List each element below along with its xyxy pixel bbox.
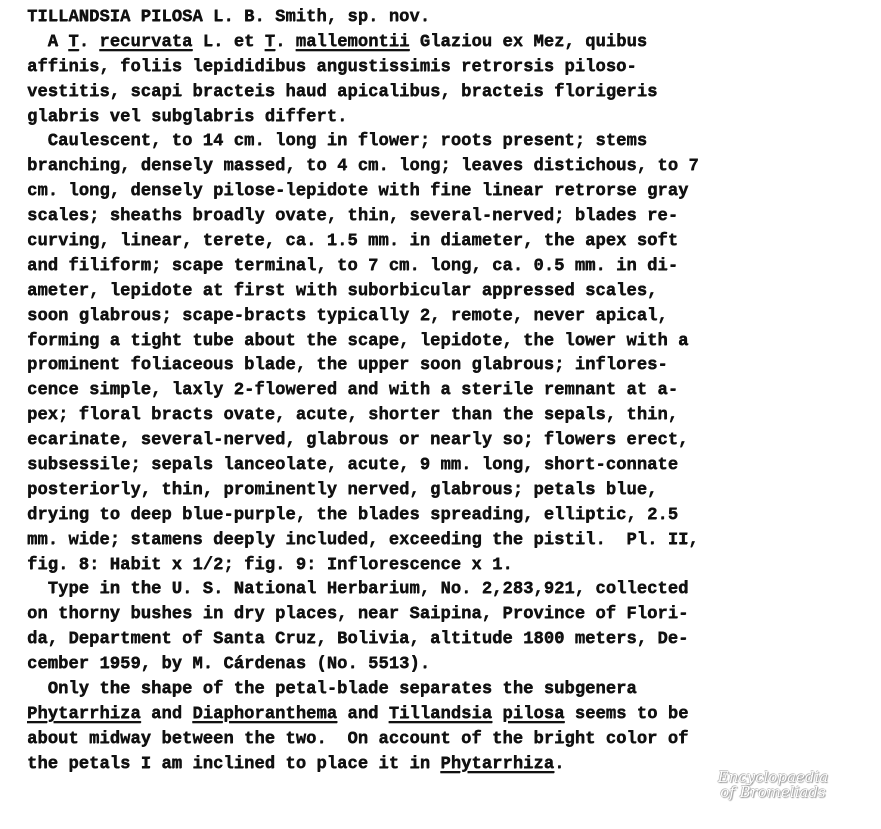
- text-segment: soon glabrous; scape-bracts typically 2,…: [27, 307, 668, 326]
- text-segment: fig. 8: Habit x 1/2; fig. 9: Inflorescen…: [27, 556, 513, 575]
- text-line: ameter, lepidote at first with suborbicu…: [27, 280, 867, 305]
- text-line: da, Department of Santa Cruz, Bolivia, a…: [27, 628, 867, 653]
- text-line: pex; floral bracts ovate, acute, shorter…: [27, 404, 867, 429]
- text-segment: subsessile; sepals lanceolate, acute, 9 …: [27, 456, 678, 475]
- underlined-taxon: T: [68, 33, 78, 52]
- text-line: cember 1959, by M. Cárdenas (No. 5513).: [27, 653, 867, 678]
- text-segment: curving, linear, terete, ca. 1.5 mm. in …: [27, 232, 678, 251]
- text-segment: posteriorly, thin, prominently nerved, g…: [27, 481, 657, 500]
- text-segment: Only the shape of the petal-blade separa…: [27, 680, 637, 699]
- text-segment: L. et: [192, 33, 264, 52]
- underlined-taxon: recurvata: [99, 33, 192, 52]
- watermark-line-2: of Bromeliads: [693, 785, 853, 800]
- text-segment: ecarinate, several-nerved, glabrous or n…: [27, 431, 688, 450]
- text-segment: on thorny bushes in dry places, near Sai…: [27, 605, 688, 624]
- text-line: prominent foliaceous blade, the upper so…: [27, 354, 867, 379]
- text-segment: A: [27, 33, 68, 52]
- text-line: branching, densely massed, to 4 cm. long…: [27, 155, 867, 180]
- text-segment: glabris vel subglabris differt.: [27, 108, 347, 127]
- text-segment: .: [275, 33, 296, 52]
- text-line: drying to deep blue-purple, the blades s…: [27, 504, 867, 529]
- underlined-taxon: mallemontii: [296, 33, 410, 52]
- underlined-taxon: Diaphoranthema: [192, 705, 337, 724]
- text-line: glabris vel subglabris differt.: [27, 106, 867, 131]
- text-line: mm. wide; stamens deeply included, excee…: [27, 529, 867, 554]
- underlined-taxon: Tillandsia: [389, 705, 492, 724]
- text-line: forming a tight tube about the scape, le…: [27, 330, 867, 355]
- underlined-taxon: Phytarrhiza: [440, 755, 554, 774]
- text-line: Phytarrhiza and Diaphoranthema and Tilla…: [27, 703, 867, 728]
- text-segment: forming a tight tube about the scape, le…: [27, 332, 688, 351]
- text-line: on thorny bushes in dry places, near Sai…: [27, 603, 867, 628]
- text-segment: Glaziou ex Mez, quibus: [409, 33, 647, 52]
- text-line: cm. long, densely pilose-lepidote with f…: [27, 180, 867, 205]
- text-line: vestitis, scapi bracteis haud apicalibus…: [27, 81, 867, 106]
- text-line: Caulescent, to 14 cm. long in flower; ro…: [27, 130, 867, 155]
- text-segment: vestitis, scapi bracteis haud apicalibus…: [27, 83, 657, 102]
- text-segment: seems to be: [564, 705, 688, 724]
- text-line: Only the shape of the petal-blade separa…: [27, 678, 867, 703]
- text-line: and filiform; scape terminal, to 7 cm. l…: [27, 255, 867, 280]
- text-line: soon glabrous; scape-bracts typically 2,…: [27, 305, 867, 330]
- text-segment: Type in the U. S. National Herbarium, No…: [27, 580, 688, 599]
- text-segment: and: [141, 705, 193, 724]
- text-line: cence simple, laxly 2-flowered and with …: [27, 379, 867, 404]
- text-segment: mm. wide; stamens deeply included, excee…: [27, 531, 699, 550]
- underlined-taxon: T: [265, 33, 275, 52]
- encyclopaedia-watermark: Encyclopaedia of Bromeliads: [693, 770, 853, 800]
- text-segment: the petals I am inclined to place it in: [27, 755, 440, 774]
- text-line: ecarinate, several-nerved, glabrous or n…: [27, 429, 867, 454]
- text-segment: and filiform; scape terminal, to 7 cm. l…: [27, 257, 678, 276]
- underlined-taxon: pilosa: [502, 705, 564, 724]
- text-segment: .: [79, 33, 100, 52]
- text-segment: TILLANDSIA PILOSA L. B. Smith, sp. nov.: [27, 8, 430, 27]
- text-segment: and: [337, 705, 389, 724]
- text-line: fig. 8: Habit x 1/2; fig. 9: Inflorescen…: [27, 554, 867, 579]
- text-segment: cember 1959, by M. Cárdenas (No. 5513).: [27, 655, 430, 674]
- text-segment: about midway between the two. On account…: [27, 730, 688, 749]
- text-segment: drying to deep blue-purple, the blades s…: [27, 506, 678, 525]
- text-segment: branching, densely massed, to 4 cm. long…: [27, 157, 699, 176]
- text-segment: .: [554, 755, 564, 774]
- underlined-taxon: Phytarrhiza: [27, 705, 141, 724]
- text-segment: affinis, foliis lepididibus angustissimi…: [27, 58, 637, 77]
- text-segment: ameter, lepidote at first with suborbicu…: [27, 282, 657, 301]
- species-description-page: TILLANDSIA PILOSA L. B. Smith, sp. nov. …: [27, 6, 867, 778]
- text-line: subsessile; sepals lanceolate, acute, 9 …: [27, 454, 867, 479]
- species-heading: TILLANDSIA PILOSA L. B. Smith, sp. nov.: [27, 6, 867, 31]
- text-segment: [492, 705, 502, 724]
- text-segment: da, Department of Santa Cruz, Bolivia, a…: [27, 630, 688, 649]
- text-line: scales; sheaths broadly ovate, thin, sev…: [27, 205, 867, 230]
- text-line: posteriorly, thin, prominently nerved, g…: [27, 479, 867, 504]
- text-line: about midway between the two. On account…: [27, 728, 867, 753]
- text-line: A T. recurvata L. et T. mallemontii Glaz…: [27, 31, 867, 56]
- text-segment: Caulescent, to 14 cm. long in flower; ro…: [27, 132, 647, 151]
- text-line: affinis, foliis lepididibus angustissimi…: [27, 56, 867, 81]
- text-segment: prominent foliaceous blade, the upper so…: [27, 356, 668, 375]
- text-line: Type in the U. S. National Herbarium, No…: [27, 578, 867, 603]
- text-segment: scales; sheaths broadly ovate, thin, sev…: [27, 207, 678, 226]
- text-segment: pex; floral bracts ovate, acute, shorter…: [27, 406, 678, 425]
- text-segment: cm. long, densely pilose-lepidote with f…: [27, 182, 688, 201]
- text-line: curving, linear, terete, ca. 1.5 mm. in …: [27, 230, 867, 255]
- text-segment: cence simple, laxly 2-flowered and with …: [27, 381, 678, 400]
